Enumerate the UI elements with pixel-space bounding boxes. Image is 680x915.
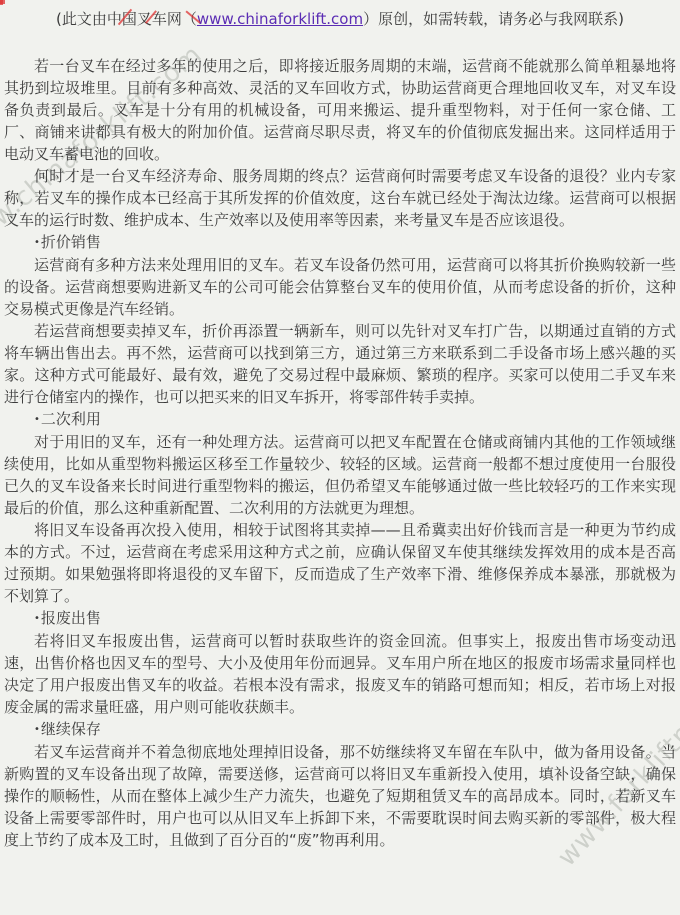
intro-paragraph: 何时才是一台叉车经济寿命、服务周期的终点？运营商何时需要考虑叉车设备的退役？业内… bbox=[4, 165, 676, 231]
bullet-icon: • bbox=[34, 613, 40, 624]
red-artifact-mark bbox=[0, 0, 3, 5]
bullet-icon: • bbox=[34, 237, 40, 248]
section-paragraph: 对于用旧的叉车，还有一种处理方法。运营商可以把叉车配置在仓储或商铺内其他的工作领… bbox=[4, 431, 676, 519]
section-title-label: 继续保存 bbox=[41, 720, 101, 738]
attribution-suffix: ）原创，如需转载，请务必与我网联系) bbox=[363, 10, 624, 28]
section-title-keep-in-fleet: •继续保存 bbox=[4, 718, 676, 741]
section-paragraph: 运营商有多种方法来处理用旧的叉车。若叉车设备仍然可用，运营商可以将其折价换购较新… bbox=[4, 254, 676, 320]
section-title-scrap-sale: •报废出售 bbox=[4, 607, 676, 630]
attribution-prefix: (此文由中国叉车网（ bbox=[56, 10, 197, 28]
section-title-trade-in: •折价销售 bbox=[4, 231, 676, 254]
section-title-label: 折价销售 bbox=[41, 233, 101, 251]
section-title-reuse: •二次利用 bbox=[4, 408, 676, 431]
intro-paragraph: 若一台叉车在经过多年的使用之后，即将接近服务周期的末端，运营商不能就那么简单粗暴… bbox=[4, 55, 676, 165]
source-site-link[interactable]: www.chinaforklift.com bbox=[197, 10, 363, 28]
section-paragraph: 若运营商想要卖掉叉车，折价再添置一辆新车，则可以先针对叉车打广告，以期通过直销的… bbox=[4, 320, 676, 408]
section-title-label: 二次利用 bbox=[41, 410, 101, 428]
source-attribution-line: (此文由中国叉车网（www.chinaforklift.com）原创，如需转载，… bbox=[4, 8, 676, 30]
bullet-icon: • bbox=[34, 724, 40, 735]
section-paragraph: 将旧叉车设备再次投入使用，相较于试图将其卖掉——且希冀卖出好价钱而言是一种更为节… bbox=[4, 519, 676, 607]
section-title-label: 报废出售 bbox=[41, 609, 101, 627]
article-page: (此文由中国叉车网（www.chinaforklift.com）原创，如需转载，… bbox=[4, 0, 676, 851]
section-paragraph: 若将旧叉车报废出售，运营商可以暂时获取些许的资金回流。但事实上，报废出售市场变动… bbox=[4, 630, 676, 718]
bullet-icon: • bbox=[34, 414, 40, 425]
section-paragraph: 若叉车运营商并不着急彻底地处理掉旧设备，那不妨继续将叉车留在车队中，做为备用设备… bbox=[4, 741, 676, 851]
